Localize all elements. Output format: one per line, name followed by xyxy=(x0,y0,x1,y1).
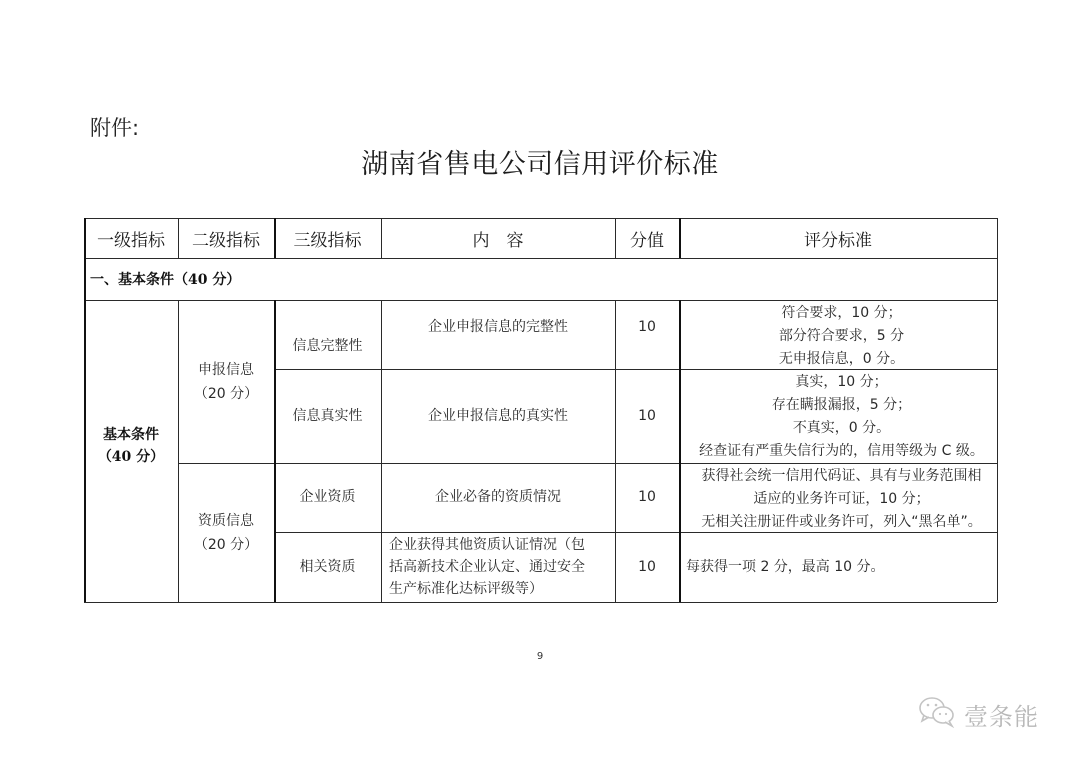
row2-level3: 信息真实性 xyxy=(274,369,381,463)
row3-content: 企业必备的资质情况 xyxy=(381,463,615,532)
level1-cell: 基本条件 （40 分） xyxy=(84,300,178,602)
document-title: 湖南省售电公司信用评价标准 xyxy=(0,142,1080,181)
attachment-label: 附件: xyxy=(90,112,139,142)
content-line: 生产标准化达标评级等） xyxy=(389,578,543,600)
criteria-line: 真实，10 分； xyxy=(686,371,997,394)
level2-name: 资质信息 xyxy=(198,509,254,533)
criteria-line: 部分符合要求，5 分 xyxy=(686,325,997,348)
header-level3: 三级指标 xyxy=(274,218,381,258)
watermark-text: 壹条能 xyxy=(964,697,1039,732)
row1-criteria: 符合要求，10 分； 部分符合要求，5 分 无申报信息，0 分。 xyxy=(679,300,997,369)
row1-level3: 信息完整性 xyxy=(274,300,381,369)
criteria-line: 无相关注册证件或业务许可，列入“黑名单”。 xyxy=(686,511,997,534)
criteria-line: 符合要求，10 分； xyxy=(686,302,997,325)
header-points: 分值 xyxy=(615,218,679,258)
criteria-line: 适应的业务许可证，10 分； xyxy=(686,488,997,511)
content-line: 企业获得其他资质认证情况（包 xyxy=(389,534,585,556)
criteria-line: 获得社会统一信用代码证、具有与业务范围相 xyxy=(686,465,997,488)
row2-criteria: 真实，10 分； 存在瞒报漏报，5 分； 不真实，0 分。 经查证有严重失信行为… xyxy=(679,369,997,463)
level2-name: 申报信息 xyxy=(198,358,254,382)
row1-content: 企业申报信息的完整性 xyxy=(381,300,615,369)
level2-cell-declared-info: 申报信息 （20 分） xyxy=(178,300,274,463)
row4-criteria: 每获得一项 2 分，最高 10 分。 xyxy=(679,532,997,602)
row3-level3: 企业资质 xyxy=(274,463,381,532)
criteria-line: 无申报信息，0 分。 xyxy=(686,348,997,371)
row1-points: 10 xyxy=(615,300,679,369)
credit-evaluation-table: 一级指标 二级指标 三级指标 内 容 分值 评分标准 一、基本条件（40 分） … xyxy=(84,218,997,602)
content-line: 括高新技术企业认定、通过安全 xyxy=(389,556,585,578)
wechat-icon xyxy=(918,696,958,732)
header-level2: 二级指标 xyxy=(178,218,274,258)
row3-criteria: 获得社会统一信用代码证、具有与业务范围相 适应的业务许可证，10 分； 无相关注… xyxy=(679,463,997,532)
level1-score: （40 分） xyxy=(98,446,164,468)
level1-name: 基本条件 xyxy=(103,424,159,446)
criteria-line: 不真实，0 分。 xyxy=(686,417,997,440)
section-heading: 一、基本条件（40 分） xyxy=(84,258,997,300)
header-level1: 一级指标 xyxy=(84,218,178,258)
level2-cell-qualification-info: 资质信息 （20 分） xyxy=(178,463,274,602)
watermark: 壹条能 xyxy=(918,696,1039,732)
table-border-right xyxy=(997,218,998,602)
row4-content: 企业获得其他资质认证情况（包 括高新技术企业认定、通过安全 生产标准化达标评级等… xyxy=(381,532,615,602)
table-border-bottom xyxy=(84,602,997,603)
criteria-line: 存在瞒报漏报，5 分； xyxy=(686,394,997,417)
row2-points: 10 xyxy=(615,369,679,463)
page-number: 9 xyxy=(0,651,1080,662)
level2-score: （20 分） xyxy=(194,382,258,406)
row4-level3: 相关资质 xyxy=(274,532,381,602)
row2-content: 企业申报信息的真实性 xyxy=(381,369,615,463)
criteria-line: 经查证有严重失信行为的，信用等级为 C 级。 xyxy=(686,440,997,463)
header-criteria: 评分标准 xyxy=(679,218,997,258)
header-content: 内 容 xyxy=(381,218,615,258)
row3-points: 10 xyxy=(615,463,679,532)
level2-score: （20 分） xyxy=(194,533,258,557)
row4-points: 10 xyxy=(615,532,679,602)
